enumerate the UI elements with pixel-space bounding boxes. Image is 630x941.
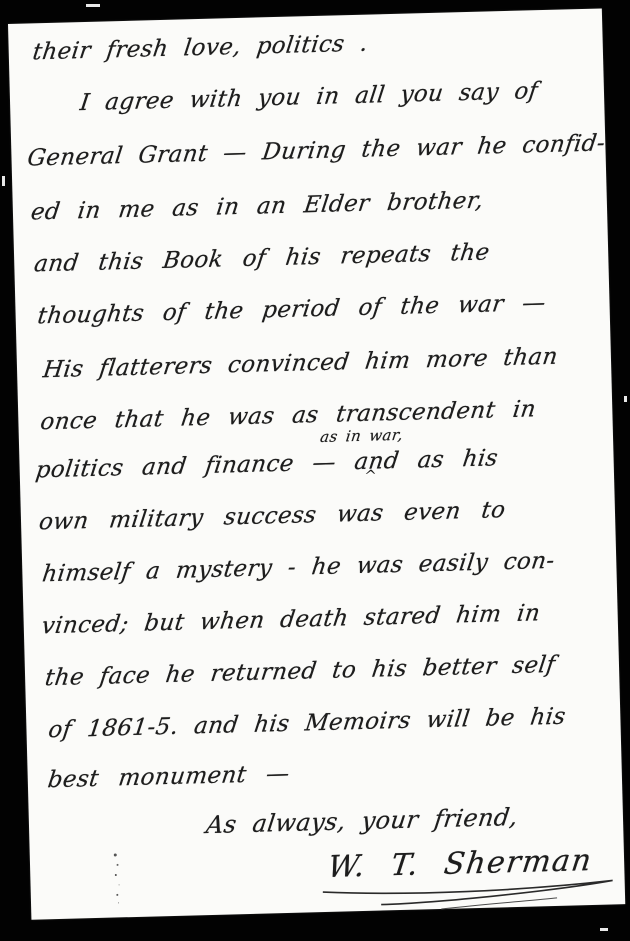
letter-line: thoughts of the period of the war — (36, 290, 547, 329)
letter-line: General Grant — During the war he confid… (26, 130, 607, 171)
letter-line: I agree with you in all you say of (78, 78, 539, 116)
scan-speck (600, 928, 608, 931)
scan-speck (624, 396, 627, 402)
letter-line: himself a mystery - he was easily con- (41, 548, 557, 588)
letter-line: best monument — (46, 761, 291, 793)
signature-flourish (320, 854, 617, 914)
letter-line: their fresh love, politics . (31, 31, 370, 66)
letter-line: and this Book of his repeats the (33, 239, 492, 277)
letter-line: politics and finance — and as his (34, 445, 500, 483)
letter-line: the face he returned to his better self (43, 652, 556, 691)
letter-line: vinced; but when death stared him in (40, 600, 542, 639)
letter-line: once that he was as transcendent in (39, 396, 538, 435)
letter-line: His flatterers convinced him more than (41, 344, 559, 384)
interline-insertion: as in war, (319, 426, 404, 446)
letter-line: ed in me as in an Elder brother, (29, 188, 485, 226)
scanned-letter: their fresh love, politics . I agree wit… (0, 0, 630, 941)
scan-smudge (114, 853, 117, 856)
letter-paper: their fresh love, politics . I agree wit… (8, 8, 625, 919)
closing-line: As always, your friend, (204, 803, 519, 839)
letter-line: own military success was even to (37, 497, 507, 535)
scan-speck (86, 4, 100, 7)
letter-line: of 1861-5. and his Memoirs will be his (47, 704, 568, 744)
scan-speck (2, 176, 5, 186)
